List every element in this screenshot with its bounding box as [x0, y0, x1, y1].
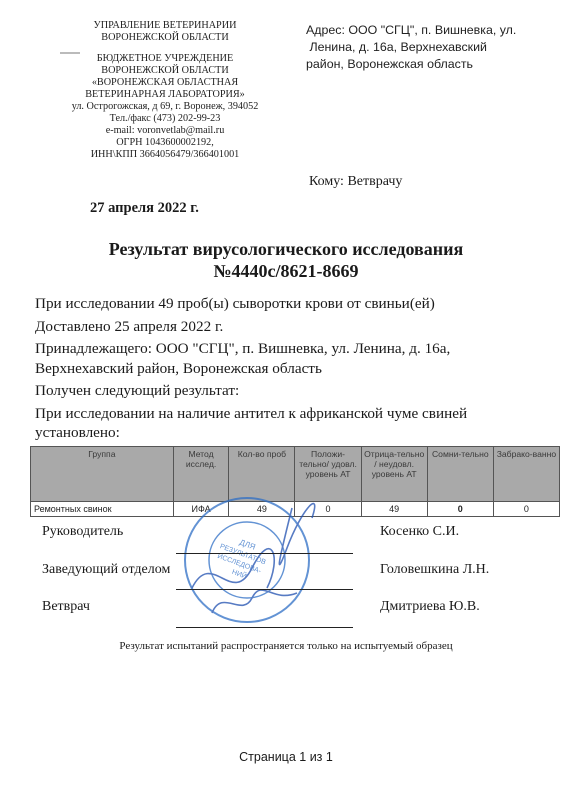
finding-paragraph: При исследовании на наличие антител к аф…	[35, 404, 545, 443]
issuer-line: ВЕТЕРИНАРНАЯ ЛАБОРАТОРИЯ»	[50, 89, 280, 101]
result-intro: Получен следующий результат:	[35, 381, 545, 401]
official-stamp-icon: ДЛЯ РЕЗУЛЬТАТОВ ИССЛЕДОВА- НИЙ	[172, 488, 352, 638]
document-title: Результат вирусологического исследования…	[0, 238, 572, 282]
title-line: Результат вирусологического исследования	[0, 238, 572, 260]
cell-group: Ремонтных свинок	[31, 502, 174, 517]
issuer-line: УПРАВЛЕНИЕ ВЕТЕРИНАРИИ	[50, 20, 280, 32]
issuer-ogrn: ОГРН 1043600002192,	[50, 137, 280, 149]
owner-paragraph: Принадлежащего: ООО "СГЦ", п. Вишневка, …	[35, 339, 545, 378]
signature-name: Дмитриева Ю.В.	[380, 599, 480, 615]
issuer-address: ул. Острогожская, д 69, г. Воронеж, 3940…	[50, 101, 280, 113]
signature-role: Заведующий отделом	[42, 562, 170, 578]
document-body: При исследовании 49 проб(ы) сыворотки кр…	[35, 294, 545, 443]
delivery-paragraph: Доставлено 25 апреля 2022 г.	[35, 317, 545, 337]
col-group: Группа	[31, 447, 174, 502]
issuer-line: «ВОРОНЕЖСКАЯ ОБЛАСТНАЯ	[50, 77, 280, 89]
issuer-inn: ИНН\КПП 3664056479/366401001	[50, 149, 280, 161]
issuer-email: e-mail: voronvetlab@mail.ru	[50, 125, 280, 137]
address-line: Ленина, д. 16а, Верхнехавский	[306, 39, 546, 56]
col-doubtful: Сомни-тельно	[427, 447, 493, 502]
cell-doubtful: 0	[427, 502, 493, 517]
issuer-header: УПРАВЛЕНИЕ ВЕТЕРИНАРИИ ВОРОНЕЖСКОЙ ОБЛАС…	[50, 20, 280, 161]
address-line: район, Воронежская область	[306, 56, 546, 73]
signature-line	[176, 553, 353, 554]
signature-role: Руководитель	[42, 524, 123, 540]
issuer-line: ВОРОНЕЖСКОЙ ОБЛАСТИ	[50, 32, 280, 44]
page-number: Страница 1 из 1	[0, 750, 572, 764]
signature-name: Головешкина Л.Н.	[380, 562, 489, 578]
cell-negative: 49	[361, 502, 427, 517]
signature-line	[176, 627, 353, 628]
issuer-phone: Тел./факс (473) 202-99-23	[50, 113, 280, 125]
col-negative: Отрица-тельно / неудовл. уровень АТ	[361, 447, 427, 502]
col-rejected: Забрако-ванно	[493, 447, 559, 502]
recipient-address: Адрес: ООО "СГЦ", п. Вишневка, ул. Ленин…	[306, 22, 546, 73]
signature-role: Ветврач	[42, 599, 90, 615]
cell-rejected: 0	[493, 502, 559, 517]
document-date: 27 апреля 2022 г.	[90, 200, 199, 217]
document-number: №4440с/8621-8669	[0, 260, 572, 282]
signature-name: Косенко С.И.	[380, 524, 459, 540]
footer-note: Результат испытаний распространяется тол…	[0, 640, 572, 652]
issuer-line: ВОРОНЕЖСКОЙ ОБЛАСТИ	[50, 65, 280, 77]
issuer-line: БЮДЖЕТНОЕ УЧРЕЖДЕНИЕ	[50, 53, 280, 65]
signature-line	[176, 589, 353, 590]
recipient-to: Кому: Ветврачу	[309, 174, 402, 190]
address-line: Адрес: ООО "СГЦ", п. Вишневка, ул.	[306, 22, 546, 39]
samples-paragraph: При исследовании 49 проб(ы) сыворотки кр…	[35, 294, 545, 314]
